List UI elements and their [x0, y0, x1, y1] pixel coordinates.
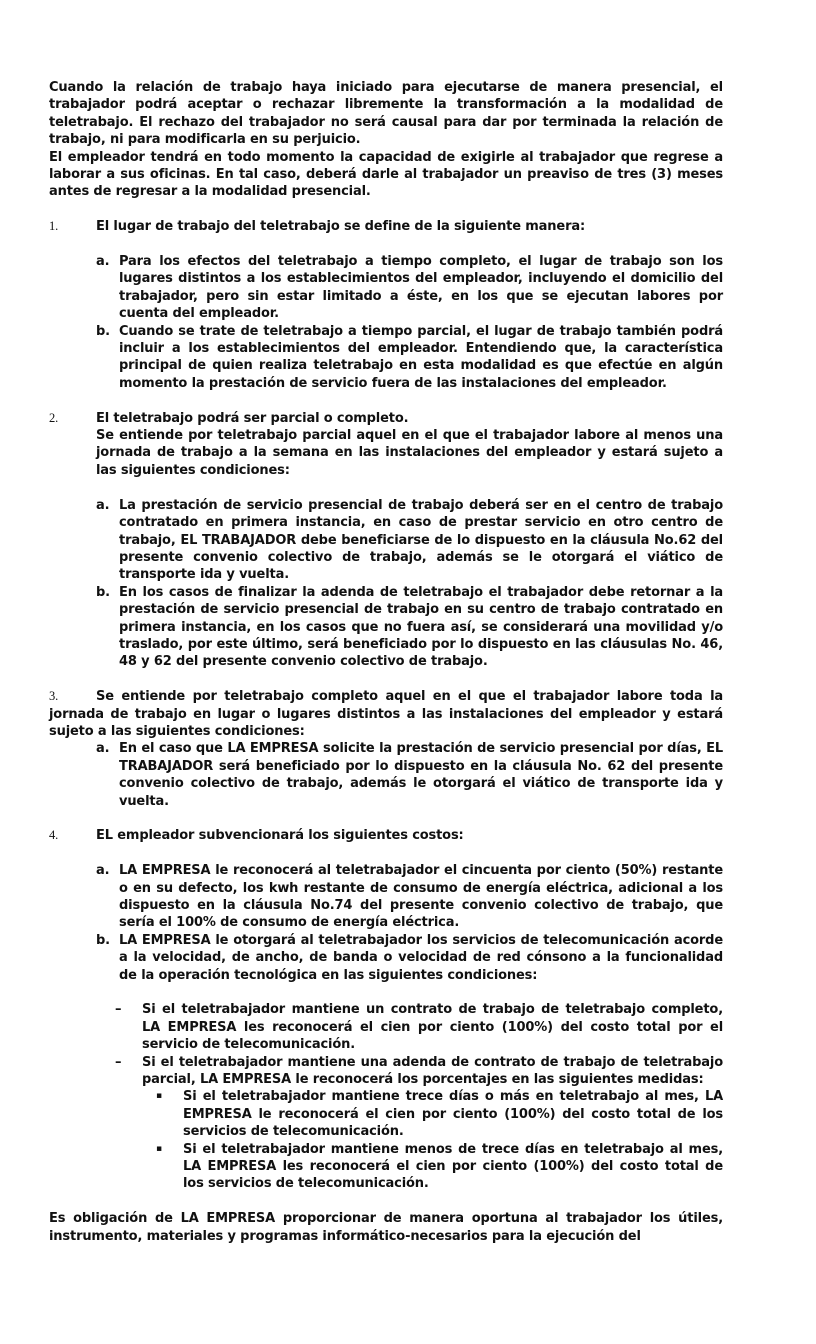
section-2-item-a: a. La prestación de servicio presencial … — [96, 497, 723, 584]
square-bullet-icon: ▪ — [156, 1141, 183, 1193]
item-text: Si el teletrabajador mantiene un contrat… — [142, 1001, 723, 1053]
section-title: EL empleador subvencionará los siguiente… — [96, 827, 723, 844]
item-text: Cuando se trate de teletrabajo a tiempo … — [119, 323, 723, 393]
section-number: 4. — [49, 827, 96, 844]
section-2-heading: 2. El teletrabajo podrá ser parcial o co… — [49, 410, 723, 480]
dash-marker: – — [115, 1054, 142, 1089]
item-label: a. — [96, 862, 119, 932]
section-3-item-a: a. En el caso que LA EMPRESA solicite la… — [96, 740, 723, 810]
item-text: LA EMPRESA le otorgará al teletrabajador… — [119, 932, 723, 984]
closing-paragraph: Es obligación de LA EMPRESA proporcionar… — [49, 1210, 723, 1245]
document-page: Cuando la relación de trabajo haya inici… — [49, 79, 723, 1245]
item-label: a. — [96, 253, 119, 323]
section-number: 2. — [49, 410, 96, 480]
item-text: Si el teletrabajador mantiene trece días… — [183, 1088, 723, 1140]
section-4-item-a: a. LA EMPRESA le reconocerá al teletraba… — [96, 862, 723, 932]
item-label: b. — [96, 584, 119, 671]
item-label: a. — [96, 497, 119, 584]
section-title: El lugar de trabajo del teletrabajo se d… — [96, 218, 723, 235]
intro-paragraph-1: Cuando la relación de trabajo haya inici… — [49, 79, 723, 149]
dash-marker: – — [115, 1001, 142, 1053]
section-body: Se entiende por teletrabajo parcial aque… — [96, 427, 723, 479]
intro-paragraph-2: El empleador tendrá en todo momento la c… — [49, 149, 723, 201]
section-4-heading: 4. EL empleador subvencionará los siguie… — [49, 827, 723, 844]
section-title: El teletrabajo podrá ser parcial o compl… — [96, 410, 723, 427]
section-2-item-b: b. En los casos de finalizar la adenda d… — [96, 584, 723, 671]
section-1-item-b: b. Cuando se trate de teletrabajo a tiem… — [96, 323, 723, 393]
section-number: 3. — [49, 688, 96, 705]
section-3-body: 3.Se entiende por teletrabajo completo a… — [49, 688, 723, 740]
square-bullet-icon: ▪ — [156, 1088, 183, 1140]
section-1-heading: 1. El lugar de trabajo del teletrabajo s… — [49, 218, 723, 235]
item-label: a. — [96, 740, 119, 810]
section-1-item-a: a. Para los efectos del teletrabajo a ti… — [96, 253, 723, 323]
section-number: 1. — [49, 218, 96, 235]
bullet-item-1: ▪ Si el teletrabajador mantiene trece dí… — [156, 1088, 723, 1140]
item-text: La prestación de servicio presencial de … — [119, 497, 723, 584]
item-label: b. — [96, 932, 119, 984]
dash-item-2: – Si el teletrabajador mantiene una aden… — [115, 1054, 723, 1089]
item-text: En el caso que LA EMPRESA solicite la pr… — [119, 740, 723, 810]
item-text: Para los efectos del teletrabajo a tiemp… — [119, 253, 723, 323]
item-text: Si el teletrabajador mantiene una adenda… — [142, 1054, 723, 1089]
bullet-item-2: ▪ Si el teletrabajador mantiene menos de… — [156, 1141, 723, 1193]
item-text: Si el teletrabajador mantiene menos de t… — [183, 1141, 723, 1193]
item-text: En los casos de finalizar la adenda de t… — [119, 584, 723, 671]
item-text: LA EMPRESA le reconocerá al teletrabajad… — [119, 862, 723, 932]
dash-item-1: – Si el teletrabajador mantiene un contr… — [115, 1001, 723, 1053]
item-label: b. — [96, 323, 119, 393]
section-4-item-b: b. LA EMPRESA le otorgará al teletrabaja… — [96, 932, 723, 984]
